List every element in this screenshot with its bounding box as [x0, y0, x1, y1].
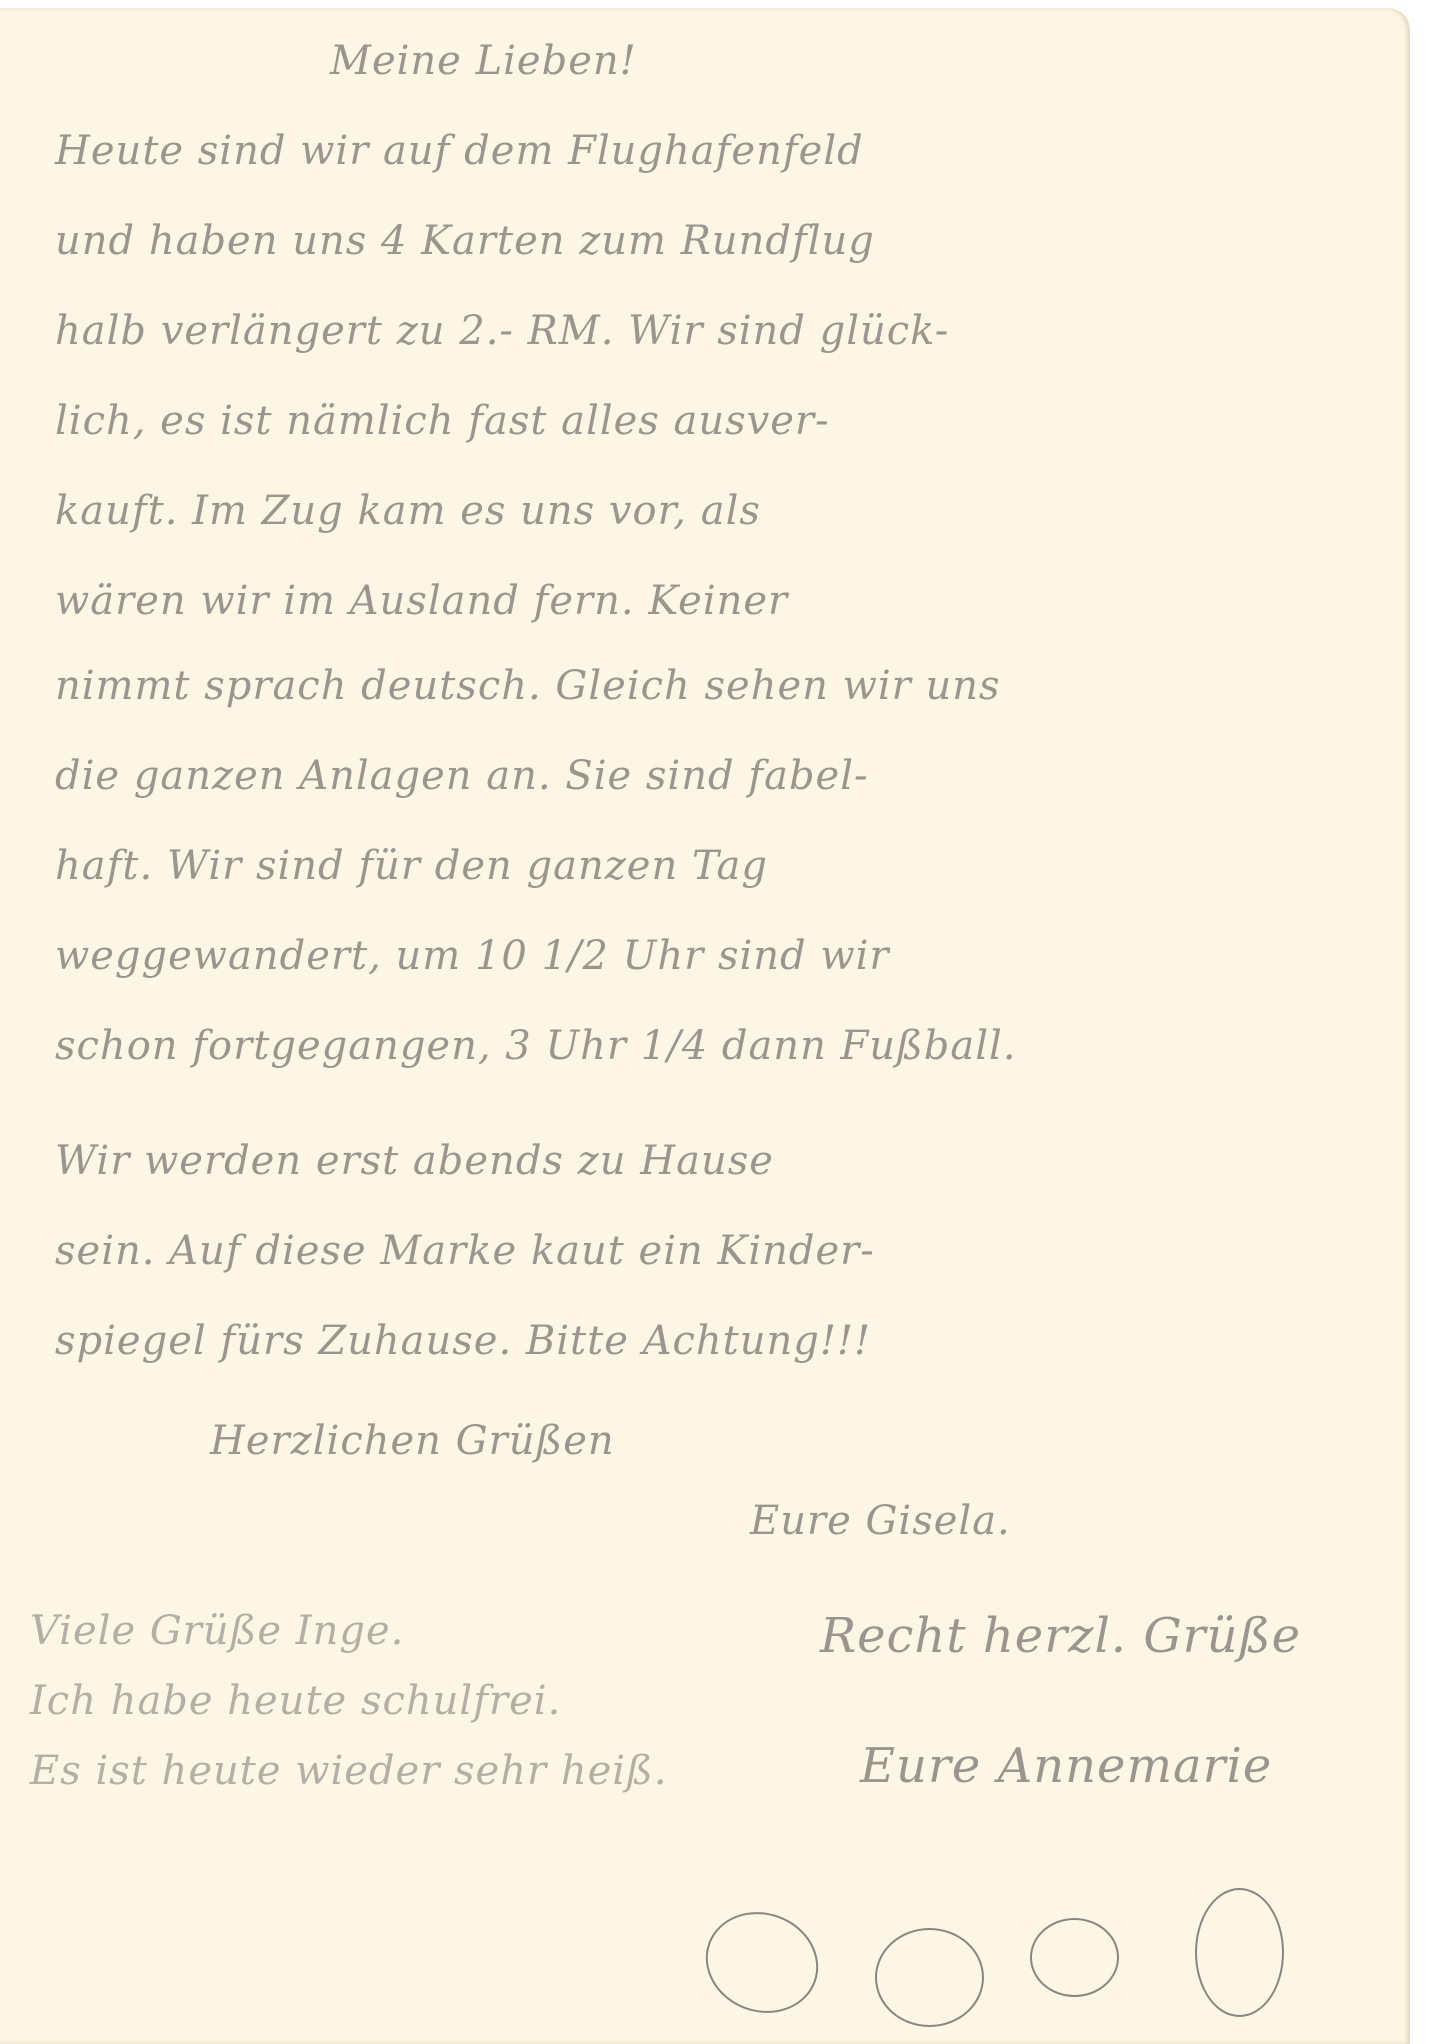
postscript-greeting: Recht herzl. Grüße	[820, 1608, 1301, 1664]
body-line: schon fortgegangen, 3 Uhr 1/4 dann Fußba…	[55, 1023, 1017, 1069]
closing: Herzlichen Grüßen	[210, 1418, 615, 1464]
salutation: Meine Lieben!	[330, 38, 637, 84]
oval-doodle	[875, 1928, 984, 2027]
body-line: und haben uns 4 Karten zum Rundflug	[55, 218, 875, 264]
body-line: lich, es ist nämlich fast alles ausver-	[55, 398, 830, 444]
oval-doodle	[692, 1896, 833, 2028]
signature-gisela: Eure Gisela.	[750, 1498, 1011, 1544]
body-line: Heute sind wir auf dem Flughafenfeld	[55, 128, 864, 174]
body-line: sein. Auf diese Marke kaut ein Kinder-	[55, 1228, 875, 1274]
postcard: Meine Lieben! Heute sind wir auf dem Flu…	[0, 8, 1410, 2044]
body-line: nimmt sprach deutsch. Gleich sehen wir u…	[55, 663, 1001, 709]
body-line: haft. Wir sind für den ganzen Tag	[55, 843, 768, 889]
body-line: kauft. Im Zug kam es uns vor, als	[55, 488, 761, 534]
body-line: die ganzen Anlagen an. Sie sind fabel-	[55, 753, 869, 799]
oval-doodle	[1195, 1888, 1284, 2017]
body-line: spiegel fürs Zuhause. Bitte Achtung!!!	[55, 1318, 871, 1364]
body-line: Wir werden erst abends zu Hause	[55, 1138, 774, 1184]
postscript-inge: Viele Grüße Inge.	[30, 1608, 404, 1654]
body-line: weggewandert, um 10 1/2 Uhr sind wir	[55, 933, 890, 979]
body-line: halb verlängert zu 2.- RM. Wir sind glüc…	[55, 308, 949, 354]
oval-doodle	[1030, 1918, 1119, 1997]
postscript-schulfrei: Ich habe heute schulfrei.	[30, 1678, 561, 1724]
signature-annemarie: Eure Annemarie	[860, 1738, 1272, 1794]
body-line: wären wir im Ausland fern. Keiner	[55, 578, 788, 624]
postscript-heiss: Es ist heute wieder sehr heiß.	[30, 1748, 667, 1794]
